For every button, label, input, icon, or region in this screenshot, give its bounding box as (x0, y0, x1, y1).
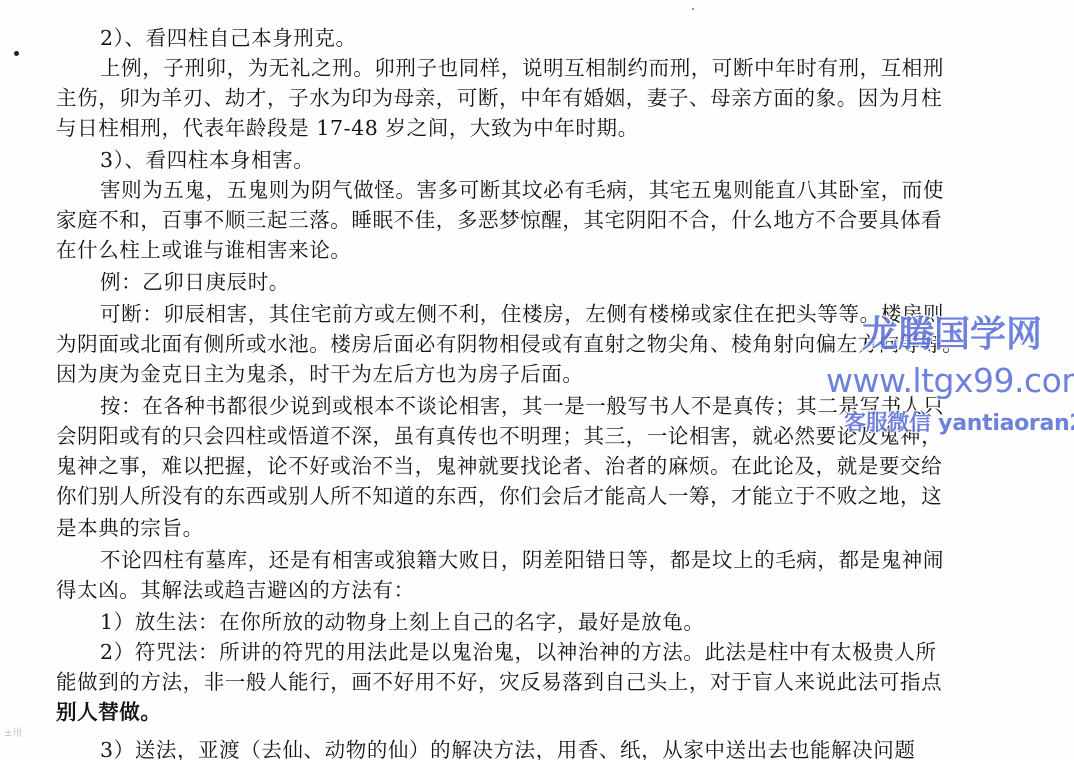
paragraph-line: 是本典的宗旨。 (56, 514, 1016, 542)
paragraph-line: 你们别人所没有的东西或别人所不知道的东西，你们会后才能高人一筹，才能立于不败之地… (56, 482, 1016, 510)
paragraph-line: 上例，子刑卯，为无礼之刑。卯刑子也同样，说明互相制约而刑，可断中年时有刑，互相刑 (100, 54, 1060, 82)
scan-speck-dot (14, 51, 19, 56)
paragraph-line: 在什么柱上或谁与谁相害来论。 (56, 236, 1016, 264)
section-heading-xing-ke: 2）、看四柱自己本身刑克。 (100, 24, 1060, 52)
paragraph-line: 会阴阳或有的只会四柱或悟道不深，虽有真传也不明理；其三，一论相害，就必然要论及鬼… (56, 422, 1016, 450)
section-heading-xiang-hai: 3）、看四柱本身相害。 (100, 146, 1060, 174)
scanned-document-page: ±卅 2）、看四柱自己本身刑克。 上例，子刑卯，为无礼之刑。卯刑子也同样，说明互… (0, 0, 1074, 760)
paragraph-line: 主伤，卯为羊刃、劫才，子水为印为母亲，可断，中年有婚姻，妻子、母亲方面的象。因为… (56, 84, 1016, 112)
scan-speck-mark: ±卅 (4, 724, 22, 739)
paragraph-line: 为阴面或北面有侧所或水池。楼房后面必有阴物相侵或有直射之物尖角、棱角射向偏左方向… (56, 330, 1016, 358)
paragraph-line: 能做到的方法，非一般人能行，画不好用不好，灾反易落到自己头上，对于盲人来说此法可… (56, 668, 1016, 696)
paragraph-line: 不论四柱有墓库，还是有相害或狼籍大败日，阴差阳错日等，都是坟上的毛病，都是鬼神闹 (100, 546, 1060, 574)
paragraph-line: 鬼神之事，难以把握，论不好或治不当，鬼神就要找论者、治者的麻烦。在此论及，就是要… (56, 452, 1016, 480)
paragraph-line: 因为庚为金克日主为鬼杀，时干为左后方也为房子后面。 (56, 360, 1016, 388)
paragraph-line: 按：在各种书都很少说到或根本不谈论相害，其一是一般写书人不是真传；其二是写书人只 (100, 392, 1060, 420)
method-item-1: 1）放生法：在你所放的动物身上刻上自己的名字，最好是放龟。 (100, 608, 1060, 636)
method-item-3: 3）送法，亚渡（去仙、动物的仙）的解决方法，用香、纸，从家中送出去也能解决问题 (100, 736, 1060, 760)
scan-speck-dot (692, 8, 694, 10)
paragraph-line: 害则为五鬼，五鬼则为阴气做怪。害多可断其坟必有毛病，其宅五鬼则能直八其卧室，而使 (100, 176, 1060, 204)
paragraph-line: 可断：卯辰相害，其住宅前方或左侧不利，住楼房，左侧有楼梯或家住在把头等等。楼房则 (100, 300, 1060, 328)
paragraph-line: 得太凶。其解法或趋吉避凶的方法有： (56, 576, 1016, 604)
paragraph-line: 别人替做。 (56, 698, 1016, 726)
paragraph-line: 家庭不和，百事不顺三起三落。睡眠不佳，多恶梦惊醒，其宅阴阳不合，什么地方不合要具… (56, 206, 1016, 234)
method-item-2: 2）符咒法：所讲的符咒的用法此是以鬼治鬼，以神治神的方法。此法是柱中有太极贵人所 (100, 638, 1060, 666)
example-line: 例：乙卯日庚辰时。 (100, 268, 1060, 296)
paragraph-line: 与日柱相刑，代表年龄段是 17-48 岁之间，大致为中年时期。 (56, 114, 1016, 142)
